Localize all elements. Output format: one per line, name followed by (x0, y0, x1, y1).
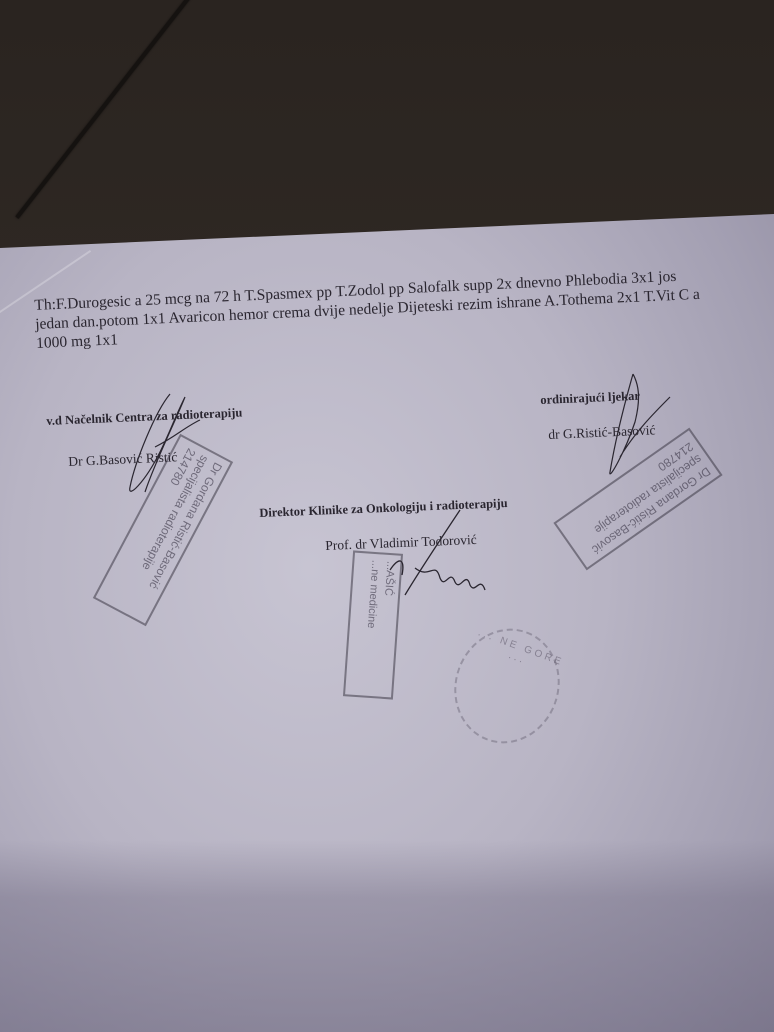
round-stamp-text: ... NE GORE ... (468, 626, 569, 681)
therapy-paragraph: Th:F.Durogesic a 25 mcg na 72 h T.Spasme… (34, 266, 701, 353)
right-signature (600, 372, 680, 482)
institution-round-stamp: ... NE GORE ... (438, 614, 575, 759)
left-signature (115, 392, 215, 502)
director-signature (380, 500, 500, 610)
